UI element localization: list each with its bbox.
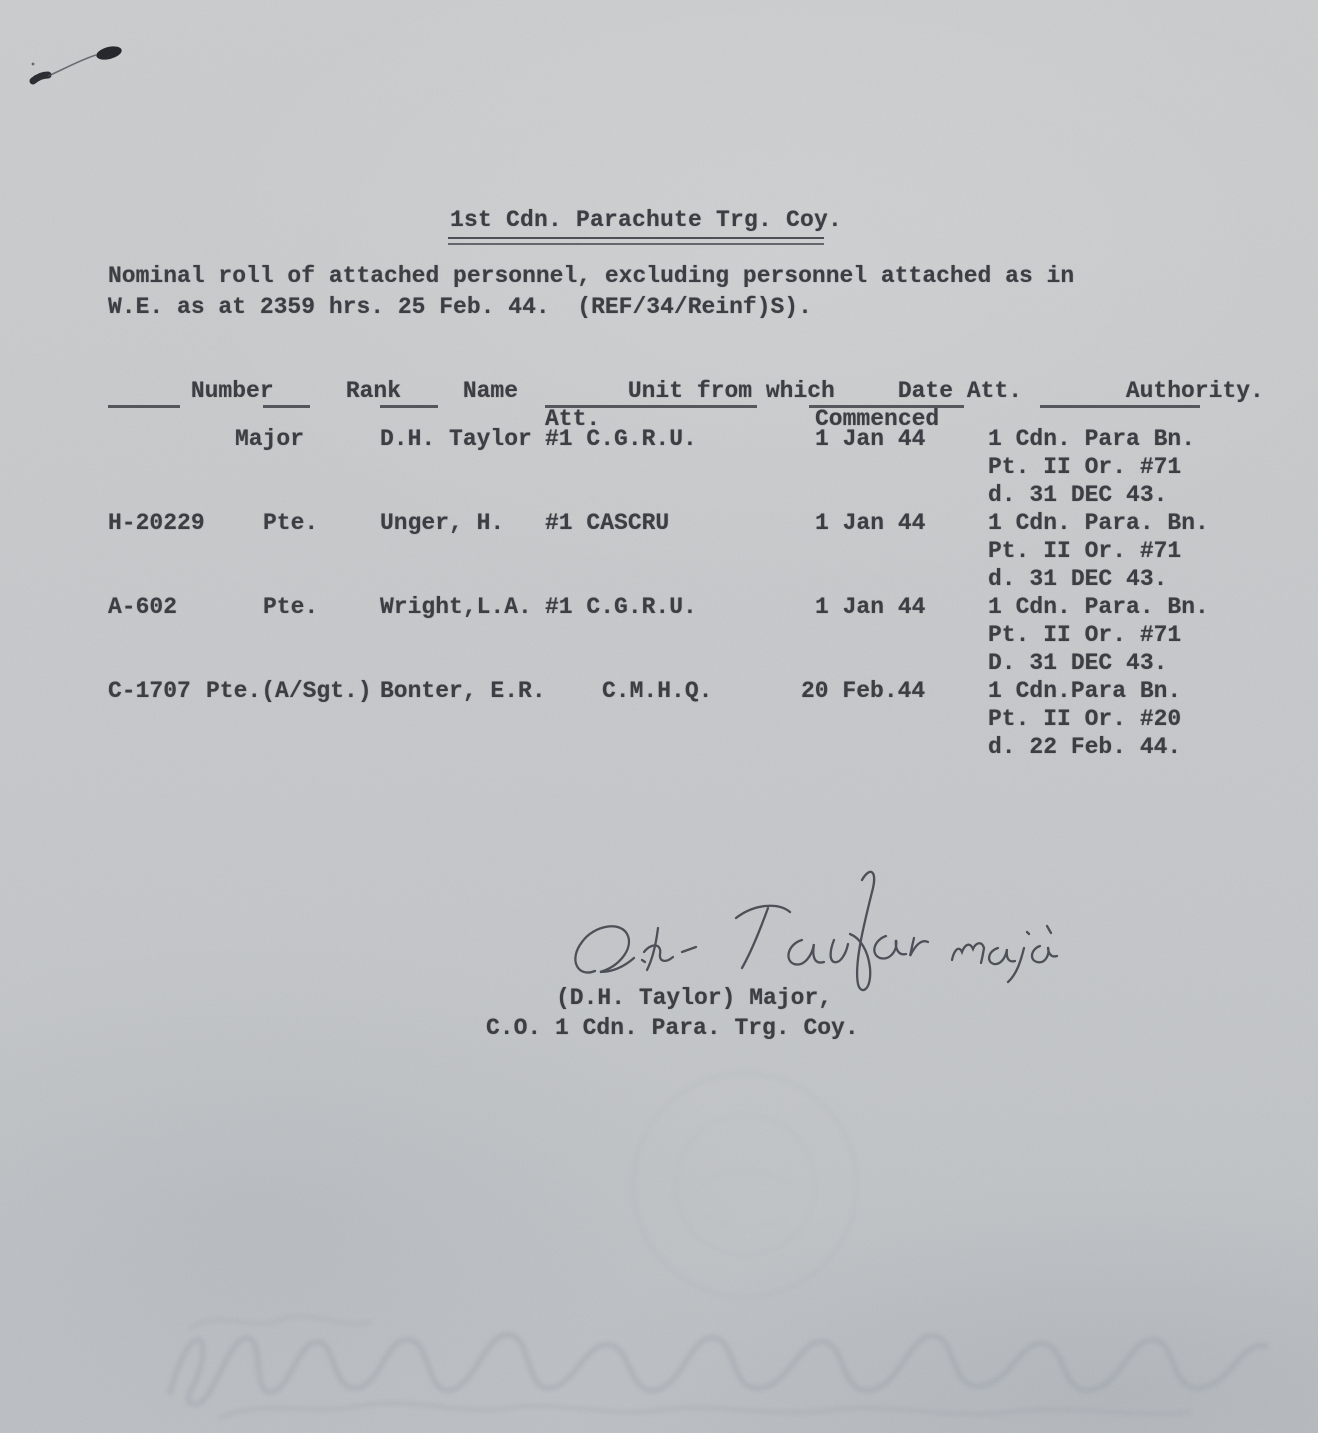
cell-number: H-20229 xyxy=(108,509,263,593)
cell-unit: #1 C.G.R.U. xyxy=(545,593,815,677)
header-underline xyxy=(809,405,964,408)
title-underline xyxy=(448,237,824,245)
ink-blot-mark xyxy=(0,0,170,110)
table-row: C-1707 Pte.(A/Sgt.) Bonter, E.R. C.M.H.Q… xyxy=(108,677,1225,761)
column-header-authority: Authority. xyxy=(988,349,1225,425)
cell-date: 1 Jan 44 xyxy=(815,509,988,593)
table-row: A-602 Pte. Wright,L.A. #1 C.G.R.U. 1 Jan… xyxy=(108,593,1225,677)
header-underline xyxy=(545,405,757,408)
table-row: Major D.H. Taylor #1 C.G.R.U. 1 Jan 44 1… xyxy=(108,425,1225,509)
cell-name: D.H. Taylor xyxy=(380,425,545,509)
cell-rank: Major xyxy=(235,425,380,509)
column-header-unit: Unit from which Att. xyxy=(545,349,815,425)
cell-rank: Pte. xyxy=(263,509,380,593)
typed-signature-title: C.O. 1 Cdn. Para. Trg. Coy. xyxy=(486,1014,859,1042)
cell-authority: 1 Cdn. Para. Bn. Pt. II Or. #71 d. 31 DE… xyxy=(988,509,1225,593)
nominal-roll-table: Major D.H. Taylor #1 C.G.R.U. 1 Jan 44 1… xyxy=(108,425,1225,761)
cell-name: Wright,L.A. xyxy=(380,593,545,677)
table-row: H-20229 Pte. Unger, H. #1 CASCRU 1 Jan 4… xyxy=(108,509,1225,593)
column-header-name: Name xyxy=(380,349,545,425)
column-header-date: Date Att. Commenced xyxy=(815,349,988,425)
bleed-through-writing xyxy=(130,1298,1318,1433)
header-underline xyxy=(108,405,180,408)
column-header-number: Number xyxy=(108,349,263,425)
cell-rank: Pte. xyxy=(263,593,380,677)
table-header-row: Number Rank Name Unit from which Att. Da… xyxy=(108,349,1225,425)
scanned-document-page: 1st Cdn. Parachute Trg. Coy. Nominal rol… xyxy=(0,0,1318,1433)
cell-date: 1 Jan 44 xyxy=(815,593,988,677)
header-underline xyxy=(263,405,310,408)
cell-date: 1 Jan 44 xyxy=(815,425,988,509)
header-underline xyxy=(380,405,438,408)
document-title: 1st Cdn. Parachute Trg. Coy. xyxy=(450,206,842,234)
cell-name: Unger, H. xyxy=(380,509,545,593)
cell-unit: #1 CASCRU xyxy=(545,509,815,593)
cell-unit: C.M.H.Q. xyxy=(545,677,815,761)
column-header-rank: Rank xyxy=(263,349,380,425)
cell-name: Bonter, E.R. xyxy=(380,677,545,761)
cell-authority: 1 Cdn. Para. Bn. Pt. II Or. #71 D. 31 DE… xyxy=(988,593,1225,677)
cell-number: A-602 xyxy=(108,593,263,677)
cell-authority: 1 Cdn. Para Bn. Pt. II Or. #71 d. 31 DEC… xyxy=(988,425,1225,509)
cell-date: 20 Feb.44 xyxy=(801,677,988,761)
cell-unit: #1 C.G.R.U. xyxy=(545,425,815,509)
header-underline xyxy=(1040,405,1200,408)
cell-rank: Pte.(A/Sgt.) xyxy=(206,677,380,761)
typed-signature-name: (D.H. Taylor) Major, xyxy=(556,984,832,1012)
intro-paragraph: Nominal roll of attached personnel, excl… xyxy=(108,261,1074,323)
seal-watermark xyxy=(600,1040,900,1330)
cell-authority: 1 Cdn.Para Bn. Pt. II Or. #20 d. 22 Feb.… xyxy=(988,677,1225,761)
